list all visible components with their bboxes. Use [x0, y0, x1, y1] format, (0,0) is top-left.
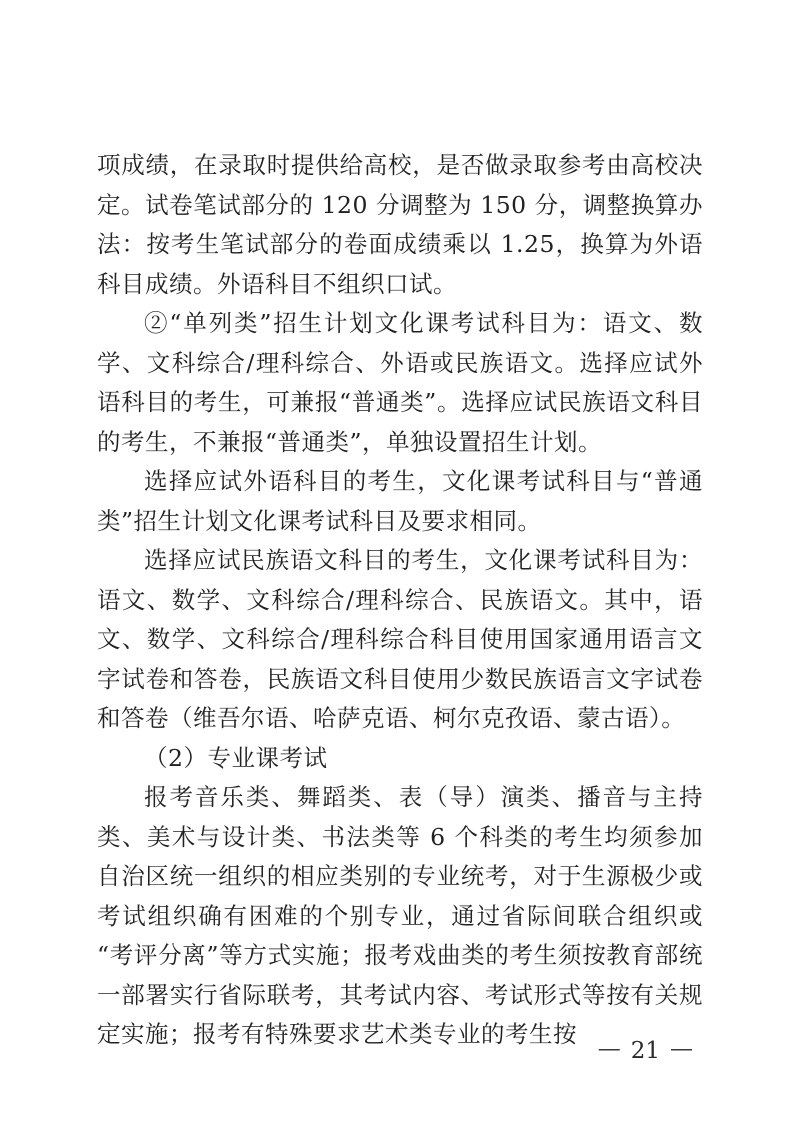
paragraph-danliele-subjects: ②“单列类”招生计划文化课考试科目为：语文、数学、文科综合/理科综合、外语或民族… [97, 304, 703, 462]
page-footer: —21— [0, 1036, 693, 1066]
paragraph-minority-language-candidates: 选择应试民族语文科目的考生，文化课考试科目为：语文、数学、文科综合/理科综合、民… [97, 541, 703, 739]
section-heading-professional-exam: （2）专业课考试 [97, 739, 703, 779]
paragraph-foreign-language-candidates: 选择应试外语科目的考生，文化课考试科目与“普通类”招生计划文化课考试科目及要求相… [97, 462, 703, 541]
footer-left-dash: — [598, 1036, 621, 1062]
paragraph-professional-exam-details: 报考音乐类、舞蹈类、表（导）演类、播音与主持类、美术与设计类、书法类等 6 个科… [97, 778, 703, 1055]
document-page: 项成绩，在录取时提供给高校，是否做录取参考由高校决定。试卷笔试部分的 120 分… [0, 0, 793, 1122]
footer-right-dash: — [670, 1036, 693, 1062]
page-number: 21 [631, 1038, 660, 1064]
paragraph-continued: 项成绩，在录取时提供给高校，是否做录取参考由高校决定。试卷笔试部分的 120 分… [97, 146, 703, 304]
document-text-block: 项成绩，在录取时提供给高校，是否做录取参考由高校决定。试卷笔试部分的 120 分… [97, 146, 703, 1055]
